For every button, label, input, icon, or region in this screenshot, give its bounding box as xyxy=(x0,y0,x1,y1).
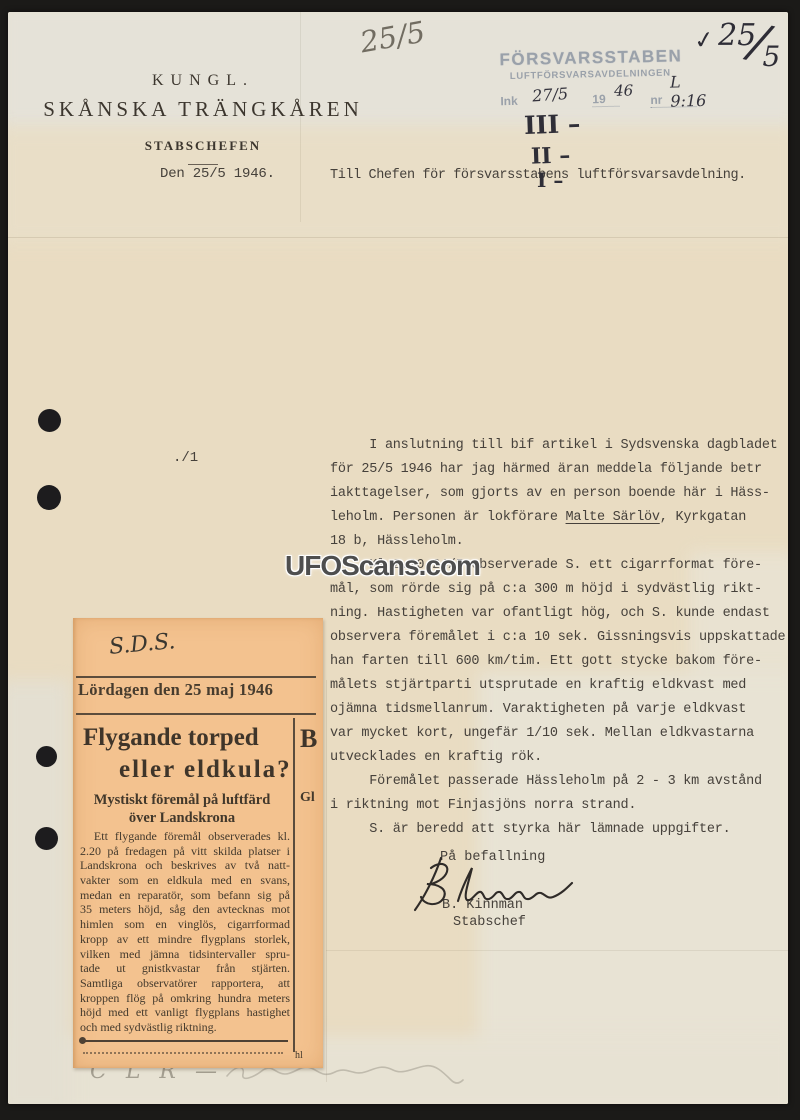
text-line: observera föremålet i c:a 10 sek. Gissni… xyxy=(330,630,788,654)
clipping-column-divider xyxy=(293,718,295,1052)
clipping-body: Ett flygande föremål observerades kl.2.2… xyxy=(80,829,290,1035)
pencil-date-annotation: 25/5 xyxy=(358,15,428,60)
stamp-nr-handwritten: L 9:16 xyxy=(670,72,711,111)
org-name-line2: SKÅNSKA TRÄNGKÅREN xyxy=(38,97,368,122)
letterhead: KUNGL. SKÅNSKA TRÄNGKÅREN STABSCHEFEN xyxy=(38,72,368,165)
text-line: vakter som en eldkula med en svans, xyxy=(80,873,290,888)
clipping-rule-bottom xyxy=(76,713,316,715)
text-line: ning. Hastigheten var ofantligt hög, och… xyxy=(330,606,788,630)
stamp-org-line: FÖRSVARSSTABEN xyxy=(499,46,682,70)
org-name-line3: STABSCHEFEN xyxy=(38,138,368,154)
fold-crease-horizontal-lower xyxy=(326,950,788,951)
text-line: himlen som en vinglös, cigarrformad xyxy=(80,917,290,932)
letterhead-rule xyxy=(188,164,218,165)
clipping-dateline: Lördagen den 25 maj 1946 xyxy=(78,680,273,700)
text-line: utvecklades en kraftig rök. xyxy=(330,750,788,774)
hole-punch xyxy=(38,409,61,432)
text-line: Landskrona och beskrives av två natt- xyxy=(80,858,290,873)
text-line: 35 meters höjd, såg den avtecknas mot xyxy=(80,902,290,917)
clipping-torn-fragment-dots xyxy=(83,1051,283,1054)
text-line: Samtliga observatörer rapportera, att xyxy=(80,976,290,991)
text-line: II – xyxy=(531,142,571,169)
signature-handwriting xyxy=(403,854,578,914)
letter-date: Den 25/5 1946. xyxy=(160,166,275,182)
scanned-document-page: { "page": { "background": "#1b1a18", "pa… xyxy=(0,0,800,1120)
text-line: kropp av ett mindre flygplans storlek, xyxy=(80,932,290,947)
text-line: medan en reparatör, som befann sig på xyxy=(80,888,290,903)
text-line: målets stjärtparti utsprutade en kraftig… xyxy=(330,678,788,702)
clipping-headline-line1: Flygande torped xyxy=(83,724,259,752)
text-line: Föremålet passerade Hässleholm på 2 - 3 … xyxy=(330,774,788,798)
clipping-source-handwritten: S.D.S. xyxy=(108,629,176,660)
hole-punch xyxy=(36,746,57,767)
text-line: mål, som rörde sig på c:a 300 m höjd i s… xyxy=(330,582,788,606)
text-line: I – xyxy=(537,168,563,192)
clipping-rule-top xyxy=(76,676,316,678)
text-line: och med sydvästlig riktning. xyxy=(80,1020,290,1035)
paper-aging-left-strip xyxy=(8,680,70,1104)
stamp-dept-line: LUFTFÖRSVARSAVDELNINGEN xyxy=(510,68,671,82)
stamp-date-handwritten: 27/5 xyxy=(532,84,569,106)
fold-crease-vertical-bottom xyxy=(326,680,327,1082)
enclosure-note: ./1 xyxy=(173,450,198,466)
hole-punch xyxy=(37,485,61,510)
watermark: UFOScans.com xyxy=(285,550,480,582)
text-line: leholm. Personen är lokförare Malte Särl… xyxy=(330,510,788,534)
adjacent-column-fragment-top: B xyxy=(300,724,317,754)
clipping-subhead-line1: Mystiskt föremål på luftfärd xyxy=(73,792,291,809)
text-line: han farten till 600 km/tim. Ett gott sty… xyxy=(330,654,788,678)
clipping-subhead-line2: över Landskrona xyxy=(73,810,291,827)
text-line: Ett flygande föremål observerades kl. xyxy=(80,829,290,844)
text-line: tade ut gnistkvastar från stjärten. xyxy=(80,961,290,976)
text-line: ojämna tidsmellanrum. Varaktigheten på v… xyxy=(330,702,788,726)
newspaper-clipping: S.D.S. Lördagen den 25 maj 1946 Flygande… xyxy=(73,618,323,1068)
clipping-bottom-fragment: hl xyxy=(295,1050,303,1061)
routing-marks: III –II –I – xyxy=(518,110,618,194)
text-line: höjd med ett vanligt flygplans hastighet xyxy=(80,1005,290,1020)
text-line: vilken med jämna tidsintervaller spru- xyxy=(80,947,290,962)
hole-punch xyxy=(35,827,58,850)
letter-body: I anslutning till bif artikel i Sydsvens… xyxy=(330,438,788,846)
text-line: i riktning mot Finjasjöns norra strand. xyxy=(330,798,788,822)
org-name-line1: KUNGL. xyxy=(38,72,368,90)
stamp-ink-label: Ink xyxy=(500,94,518,108)
paper-sheet: KUNGL. SKÅNSKA TRÄNGKÅREN STABSCHEFEN De… xyxy=(8,12,788,1104)
text-line: I anslutning till bif artikel i Sydsvens… xyxy=(330,438,788,462)
fold-crease-horizontal xyxy=(8,237,788,238)
text-line: kroppen flög på omkring hundra meters xyxy=(80,991,290,1006)
text-line: 2.20 på fredagen på vitt skilda platser … xyxy=(80,844,290,859)
text-line: iakttagelser, som gjorts av en person bo… xyxy=(330,486,788,510)
adjacent-column-fragment-mid: Gl xyxy=(300,790,315,806)
text-line: för 25/5 1946 har jag härmed äran meddel… xyxy=(330,462,788,486)
clipping-end-rule xyxy=(80,1040,288,1042)
text-line: var mycket kort, ungefär 1/10 sek. Mella… xyxy=(330,726,788,750)
stamp-year-handwritten: 46 xyxy=(614,81,633,99)
clipping-headline-line2: eller eldkula? xyxy=(119,756,292,784)
text-line: S. är beredd att styrka här lämnade uppg… xyxy=(330,822,788,846)
text-line: III – xyxy=(524,109,581,140)
signature-title-typed: Stabschef xyxy=(453,915,526,930)
